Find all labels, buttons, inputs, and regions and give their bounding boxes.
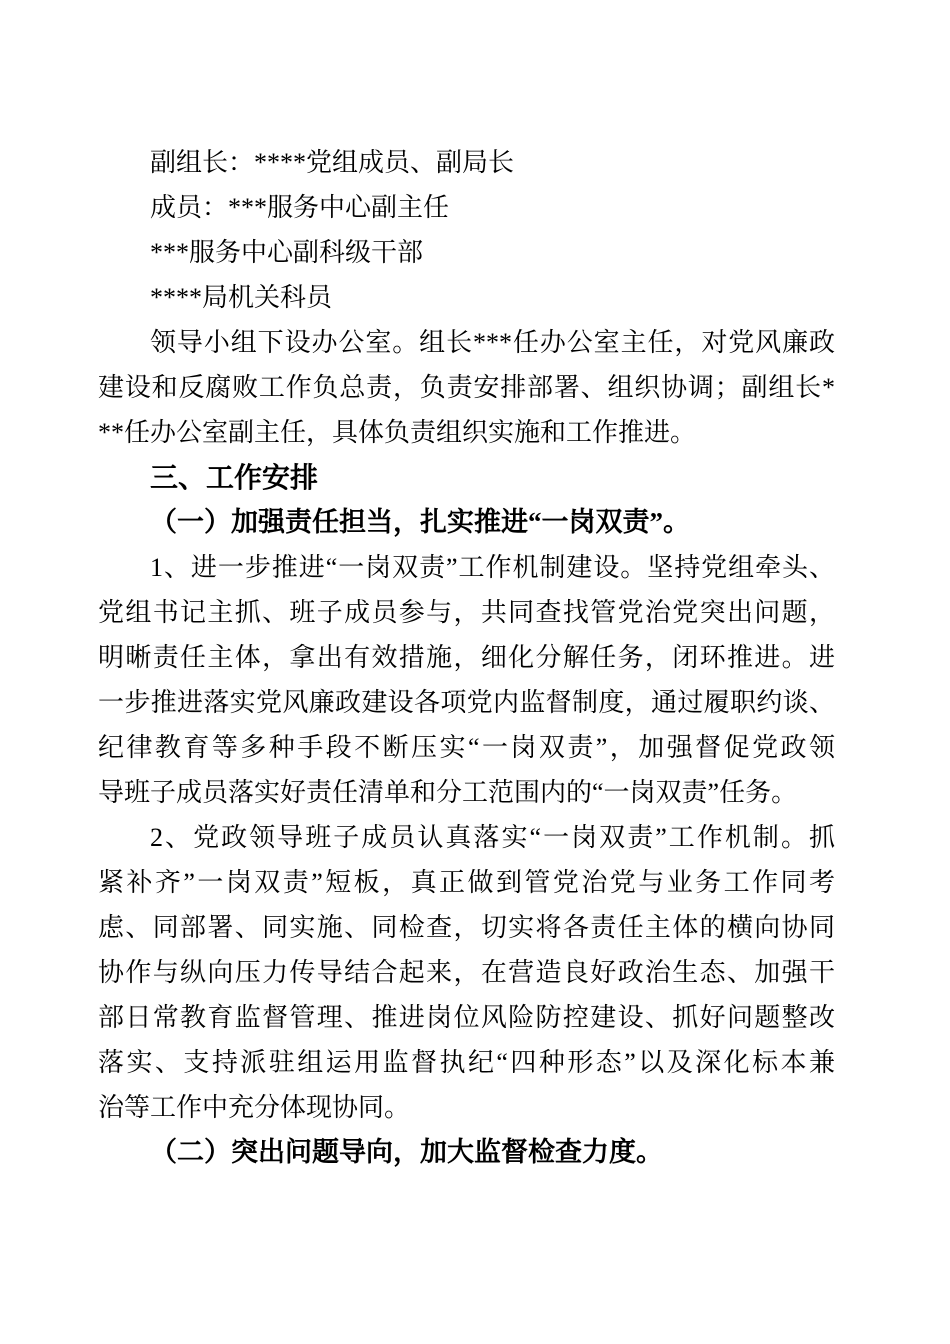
text-line: 明晰责任主体，拿出有效措施，细化分解任务，闭环推进。进 xyxy=(98,635,835,680)
text-line: ***服务中心副科级干部 xyxy=(98,230,835,275)
text-line: 部日常教育监督管理、推进岗位风险防控建设、抓好问题整改 xyxy=(98,995,835,1040)
heading-line: 三、工作安排 xyxy=(98,455,835,500)
text-line: 1、进一步推进“一岗双责”工作机制建设。坚持党组牵头、 xyxy=(98,545,835,590)
text-line: **任办公室副主任，具体负责组织实施和工作推进。 xyxy=(98,410,835,455)
heading-line: （二）突出问题导向，加大监督检查力度。 xyxy=(98,1130,835,1175)
text-line: 纪律教育等多种手段不断压实“一岗双责”，加强督促党政领 xyxy=(98,725,835,770)
text-line: 导班子成员落实好责任清单和分工范围内的“一岗双责”任务。 xyxy=(98,770,835,815)
text-line: 建设和反腐败工作负总责，负责安排部署、组织协调；副组长* xyxy=(98,365,835,410)
text-line: 党组书记主抓、班子成员参与，共同查找管党治党突出问题， xyxy=(98,590,835,635)
text-line: 领导小组下设办公室。组长***任办公室主任，对党风廉政 xyxy=(98,320,835,365)
heading-line: （一）加强责任担当，扎实推进“一岗双责”。 xyxy=(98,500,835,545)
document-page: 副组长：****党组成员、副局长成员：***服务中心副主任***服务中心副科级干… xyxy=(0,0,950,1344)
text-line: 成员：***服务中心副主任 xyxy=(98,185,835,230)
text-line: 一步推进落实党风廉政建设各项党内监督制度，通过履职约谈、 xyxy=(98,680,835,725)
text-line: 2、党政领导班子成员认真落实“一岗双责”工作机制。抓 xyxy=(98,815,835,860)
text-line: ****局机关科员 xyxy=(98,275,835,320)
text-line: 落实、支持派驻组运用监督执纪“四种形态”以及深化标本兼 xyxy=(98,1040,835,1085)
text-line: 协作与纵向压力传导结合起来，在营造良好政治生态、加强干 xyxy=(98,950,835,995)
text-line: 副组长：****党组成员、副局长 xyxy=(98,140,835,185)
document-text-block: 副组长：****党组成员、副局长成员：***服务中心副主任***服务中心副科级干… xyxy=(98,140,835,1175)
text-line: 治等工作中充分体现协同。 xyxy=(98,1085,835,1130)
text-line: 虑、同部署、同实施、同检查，切实将各责任主体的横向协同 xyxy=(98,905,835,950)
text-line: 紧补齐”一岗双责”短板，真正做到管党治党与业务工作同考 xyxy=(98,860,835,905)
